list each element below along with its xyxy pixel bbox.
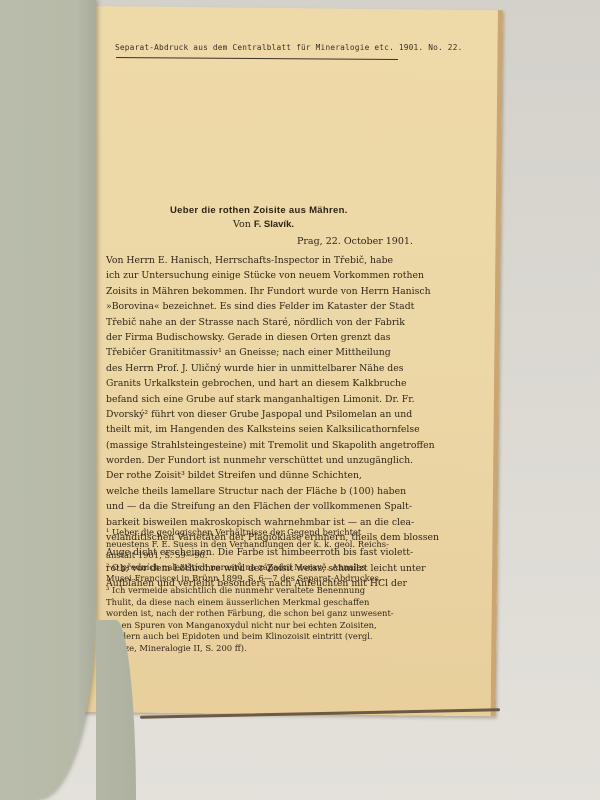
footnote-line: Hintze, Mineralogie II, S. 200 ff).: [106, 643, 478, 655]
body-line: worden. Der Fundort ist nunmehr verschüt…: [106, 453, 478, 468]
footnote-line: neuestens F. E. Suess in den Verhandlung…: [106, 539, 478, 551]
body-line: welche theils lamellare Structur nach de…: [106, 484, 478, 499]
body-line: und — da die Streifung an den Flächen de…: [106, 499, 478, 514]
body-line: theilt mit, im Hangenden des Kalksteins …: [106, 422, 478, 437]
footnote-line: ² O předních nalezištích nerostů na zápa…: [106, 562, 478, 574]
footnote-line: anstalt 1901, S. 59—90.: [106, 550, 478, 562]
byline-prefix: Von: [233, 219, 251, 230]
byline: Von F. Slavík.: [233, 219, 294, 230]
body-line: ich zur Untersuchung einige Stücke von n…: [106, 268, 478, 283]
body-line: Granits Urkalkstein gebrochen, und hart …: [106, 376, 478, 391]
body-line: Třebičer Granititmassiv¹ an Gneisse; nac…: [106, 345, 478, 360]
body-line: des Herrn Prof. J. Uličný wurde hier in …: [106, 361, 478, 376]
body-line: Der rothe Zoisit³ bildet Streifen und dü…: [106, 468, 478, 483]
footnote-line: worden ist, nach der rothen Färbung, die…: [106, 608, 478, 620]
footnote-line: lichen Spuren von Manganoxydul nicht nur…: [106, 620, 478, 632]
footnote-line: Thulit, da diese nach einem äusserlichen…: [106, 597, 478, 609]
booklet-cover: [0, 0, 96, 800]
footnote-line: Musei Franciscei in Brünn 1899, S. 6—7 d…: [106, 573, 478, 585]
body-line: »Borovina« bezeichnet. Es sind dies Feld…: [106, 299, 478, 314]
body-line: der Firma Budischowsky. Gerade in diesen…: [106, 330, 478, 345]
body-line: befand sich eine Grube auf stark manganh…: [106, 392, 478, 407]
footnote-line: ³ Ich vermeide absichtlich die nunmehr v…: [106, 585, 478, 597]
author-name: F. Slavík.: [254, 219, 294, 230]
footnotes: ¹ Ueber die geologischen Verhältnisse de…: [106, 527, 478, 655]
footnote-line: ¹ Ueber die geologischen Verhältnisse de…: [106, 527, 478, 539]
footnote-line: sondern auch bei Epidoten und beim Klino…: [106, 631, 478, 643]
dateline: Prag, 22. October 1901.: [297, 236, 413, 247]
body-line: Dvorský² führt von dieser Grube Jaspopal…: [106, 407, 478, 422]
body-line: Třebič nahe an der Strasse nach Staré, n…: [106, 315, 478, 330]
article-title: Ueber die rothen Zoisite aus Mähren.: [170, 205, 348, 216]
body-line: Von Herrn E. Hanisch, Herrschafts-Inspec…: [106, 253, 478, 268]
body-line: Zoisits in Mähren bekommen. Ihr Fundort …: [106, 284, 478, 299]
body-line: (massige Strahlsteingesteine) mit Tremol…: [106, 438, 478, 453]
running-header: Separat-Abdruck aus dem Centralblatt für…: [115, 43, 462, 52]
